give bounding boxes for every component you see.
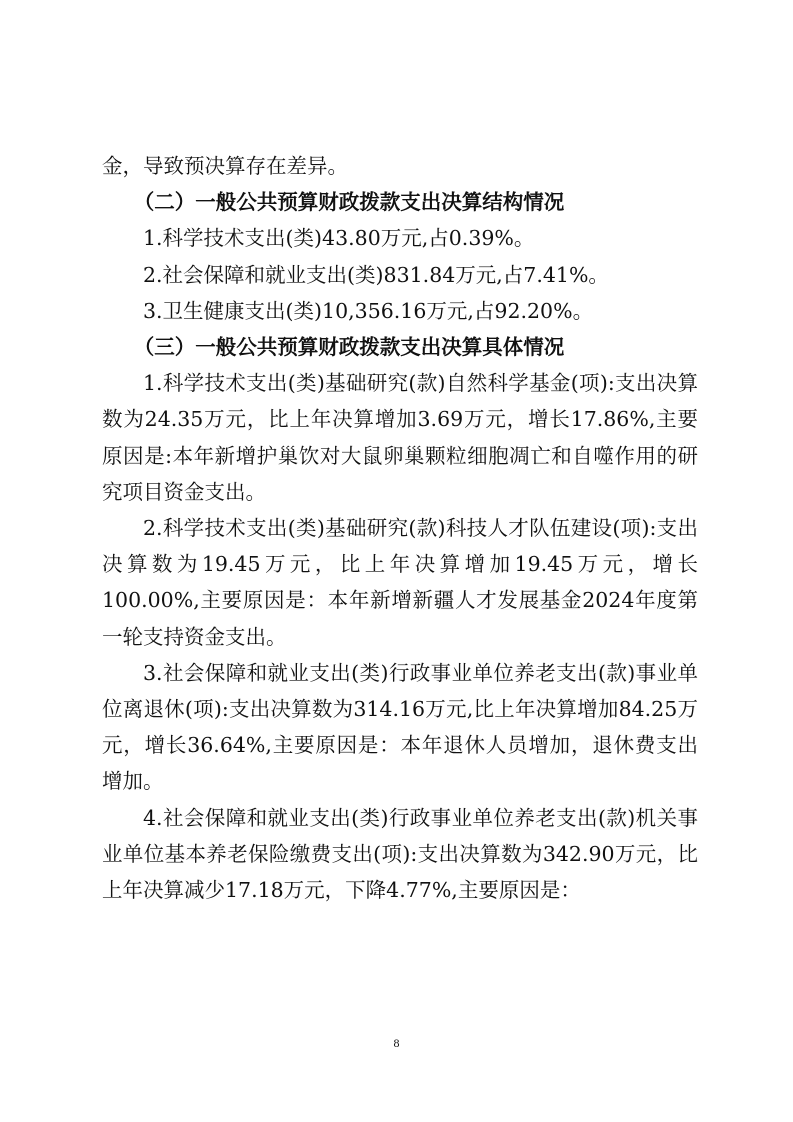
page-number: 8 [0,1036,793,1051]
detail-item-natural-science-fund: 1.科学技术支出(类)基础研究(款)自然科学基金(项):支出决算数为24.35万… [102,365,698,510]
structure-item-social-security: 2.社会保障和就业支出(类)831.84万元,占7.41%。 [102,257,698,293]
continuation-paragraph: 金，导致预决算存在差异。 [102,148,698,184]
detail-item-retirement: 3.社会保障和就业支出(类)行政事业单位养老支出(款)事业单位离退休(项):支出… [102,655,698,800]
structure-item-science: 1.科学技术支出(类)43.80万元,占0.39%。 [102,220,698,256]
section-heading-structure: （二）一般公共预算财政拨款支出决算结构情况 [102,184,698,220]
detail-item-talent-team: 2.科学技术支出(类)基础研究(款)科技人才队伍建设(项):支出决算数为19.4… [102,510,698,655]
structure-item-health: 3.卫生健康支出(类)10,356.16万元,占92.20%。 [102,293,698,329]
detail-item-pension-insurance: 4.社会保障和就业支出(类)行政事业单位养老支出(款)机关事业单位基本养老保险缴… [102,800,698,909]
document-page: 金，导致预决算存在差异。 （二）一般公共预算财政拨款支出决算结构情况 1.科学技… [102,148,698,908]
section-heading-details: （三）一般公共预算财政拨款支出决算具体情况 [102,329,698,365]
